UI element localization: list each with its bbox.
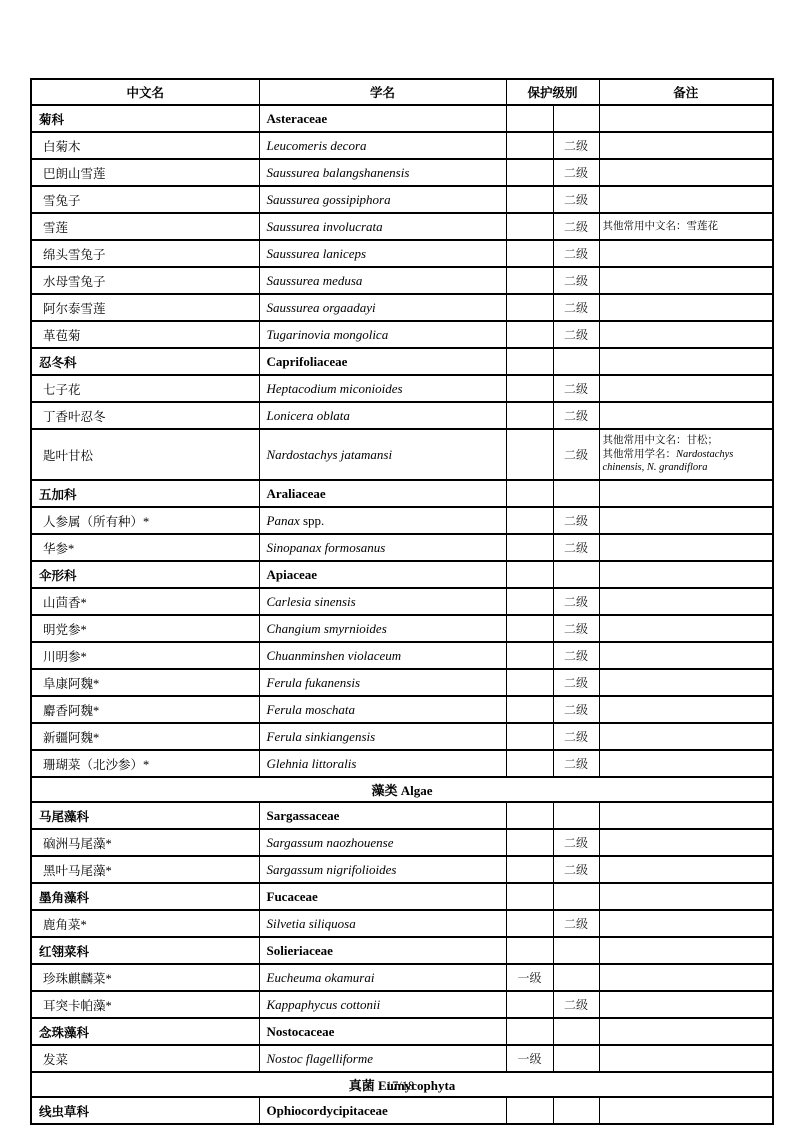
scientific-text: Heptacodium miconioides: [267, 381, 403, 396]
remark-line: 其他常用学名：Nardostachys chinensis, N. grandi…: [603, 448, 770, 475]
protection-level-class1-cell: [506, 348, 553, 375]
remark-cell: [599, 534, 773, 561]
scientific-name-cell: Araliaceae: [259, 480, 506, 507]
scientific-text: Tugarinovia mongolica: [267, 327, 389, 342]
protection-level-class2-cell: 二级: [553, 669, 599, 696]
protection-level-class1-cell: [506, 723, 553, 750]
protection-level-class2-cell: 二级: [553, 507, 599, 534]
protection-level-class1-cell: [506, 883, 553, 910]
species-row: 革苞菊Tugarinovia mongolica二级: [31, 321, 773, 348]
protection-level-class1-cell: [506, 615, 553, 642]
chinese-name-cell: 菊科: [31, 105, 259, 132]
species-row: 华参*Sinopanax formosanus二级: [31, 534, 773, 561]
chinese-name-cell: 珊瑚菜（北沙参）*: [31, 750, 259, 777]
scientific-name-cell: Glehnia littoralis: [259, 750, 506, 777]
plain-text: Sargassaceae: [267, 808, 340, 823]
scientific-text: Carlesia sinensis: [267, 594, 356, 609]
chinese-name-cell: 七子花: [31, 375, 259, 402]
chinese-name-cell: 川明参*: [31, 642, 259, 669]
chinese-name-cell: 丁香叶忍冬: [31, 402, 259, 429]
protection-level-class1-cell: [506, 159, 553, 186]
protection-level-class2-cell: 二级: [553, 213, 599, 240]
protection-level-class2-cell: 二级: [553, 375, 599, 402]
species-row: 硇洲马尾藻*Sargassum naozhouense二级: [31, 829, 773, 856]
protection-level-class2-cell: 二级: [553, 750, 599, 777]
chinese-name-cell: 耳突卡帕藻*: [31, 991, 259, 1018]
protection-level-class1-cell: [506, 429, 553, 480]
species-row: 丁香叶忍冬Lonicera oblata二级: [31, 402, 773, 429]
section-row: 藻类 Algae: [31, 777, 773, 802]
scientific-text: Sargassum nigrifolioides: [267, 862, 397, 877]
species-row: 耳突卡帕藻*Kappaphycus cottonii二级: [31, 991, 773, 1018]
chinese-name-cell: 念珠藻科: [31, 1018, 259, 1045]
protection-level-class2-cell: 二级: [553, 132, 599, 159]
chinese-name-cell: 马尾藻科: [31, 802, 259, 829]
remark-cell: [599, 669, 773, 696]
scientific-name-cell: Ophiocordycipitaceae: [259, 1097, 506, 1124]
protection-level-class1-cell: [506, 132, 553, 159]
remark-cell: [599, 615, 773, 642]
remark-cell: [599, 829, 773, 856]
protection-level-class2-cell: 二级: [553, 429, 599, 480]
plain-text: Apiaceae: [267, 567, 318, 582]
protection-level-class1-cell: [506, 829, 553, 856]
chinese-name-cell: 伞形科: [31, 561, 259, 588]
remark-cell: [599, 159, 773, 186]
family-row: 忍冬科Caprifoliaceae: [31, 348, 773, 375]
chinese-name-cell: 华参*: [31, 534, 259, 561]
family-row: 线虫草科Ophiocordycipitaceae: [31, 1097, 773, 1124]
protection-level-class1-cell: [506, 750, 553, 777]
chinese-name-cell: 雪兔子: [31, 186, 259, 213]
scientific-text: Ferula sinkiangensis: [267, 729, 376, 744]
remark-cell: [599, 561, 773, 588]
scientific-name-cell: Sargassum naozhouense: [259, 829, 506, 856]
species-row: 阜康阿魏*Ferula fukanensis二级: [31, 669, 773, 696]
family-row: 念珠藻科Nostocaceae: [31, 1018, 773, 1045]
protection-level-class1-cell: [506, 991, 553, 1018]
chinese-name-cell: 阜康阿魏*: [31, 669, 259, 696]
scientific-text: Sinopanax formosanus: [267, 540, 386, 555]
scientific-name-cell: Asteraceae: [259, 105, 506, 132]
protection-level-class2-cell: 二级: [553, 267, 599, 294]
plain-text: Solieriaceae: [267, 943, 333, 958]
remark-line: 其他常用中文名：甘松；: [603, 434, 770, 448]
scientific-name-cell: Solieriaceae: [259, 937, 506, 964]
plain-text: 其他常用中文名：甘松；: [603, 435, 719, 446]
protected-species-table: 中文名 学名 保护级别 备注 菊科Asteraceae白菊木Leucomeris…: [30, 78, 774, 1125]
scientific-name-cell: Saussurea balangshanensis: [259, 159, 506, 186]
scientific-name-cell: Tugarinovia mongolica: [259, 321, 506, 348]
species-row: 珊瑚菜（北沙参）*Glehnia littoralis二级: [31, 750, 773, 777]
remark-cell: [599, 1018, 773, 1045]
remark-cell: [599, 240, 773, 267]
chinese-name-cell: 匙叶甘松: [31, 429, 259, 480]
chinese-name-cell: 红翎菜科: [31, 937, 259, 964]
scientific-text: Silvetia siliquosa: [267, 916, 356, 931]
species-row: 黑叶马尾藻*Sargassum nigrifolioides二级: [31, 856, 773, 883]
scientific-name-cell: Panax spp.: [259, 507, 506, 534]
chinese-name-cell: 明党参*: [31, 615, 259, 642]
protection-level-class1-cell: [506, 267, 553, 294]
chinese-name-cell: 人参属（所有种）*: [31, 507, 259, 534]
chinese-name-cell: 白菊木: [31, 132, 259, 159]
plain-text: 其他常用学名：: [603, 449, 677, 460]
protection-level-class1-cell: [506, 937, 553, 964]
family-row: 墨角藻科Fucaceae: [31, 883, 773, 910]
chinese-name-cell: 巴朗山雪莲: [31, 159, 259, 186]
scientific-text: Changium smyrnioides: [267, 621, 387, 636]
species-row: 雪莲Saussurea involucrata二级其他常用中文名：雪莲花: [31, 213, 773, 240]
remark-cell: [599, 588, 773, 615]
scientific-name-cell: Nardostachys jatamansi: [259, 429, 506, 480]
protection-level-class2-cell: 二级: [553, 240, 599, 267]
chinese-name-cell: 新疆阿魏*: [31, 723, 259, 750]
col-header-remarks: 备注: [599, 79, 773, 105]
scientific-name-cell: Sargassum nigrifolioides: [259, 856, 506, 883]
species-row: 阿尔泰雪莲Saussurea orgaadayi二级: [31, 294, 773, 321]
plain-text: Nostocaceae: [267, 1024, 335, 1039]
protection-level-class2-cell: [553, 1045, 599, 1072]
scientific-text: Chuanminshen violaceum: [267, 648, 402, 663]
scientific-name-cell: Saussurea medusa: [259, 267, 506, 294]
scientific-name-cell: Sinopanax formosanus: [259, 534, 506, 561]
scientific-text: Saussurea involucrata: [267, 219, 383, 234]
species-row: 明党参*Changium smyrnioides二级: [31, 615, 773, 642]
protection-level-class2-cell: 二级: [553, 294, 599, 321]
protection-level-class1-cell: [506, 402, 553, 429]
scientific-name-cell: Silvetia siliquosa: [259, 910, 506, 937]
scientific-name-cell: Saussurea involucrata: [259, 213, 506, 240]
protection-level-class2-cell: [553, 1018, 599, 1045]
scientific-text: Lonicera oblata: [267, 408, 350, 423]
species-row: 人参属（所有种）*Panax spp.二级: [31, 507, 773, 534]
protection-level-class1-cell: [506, 802, 553, 829]
remark-cell: [599, 883, 773, 910]
scientific-text: Panax: [267, 513, 300, 528]
document-page: 中文名 学名 保护级别 备注 菊科Asteraceae白菊木Leucomeris…: [0, 0, 800, 1131]
species-row: 山茴香*Carlesia sinensis二级: [31, 588, 773, 615]
scientific-text: Leucomeris decora: [267, 138, 367, 153]
chinese-name-cell: 发菜: [31, 1045, 259, 1072]
chinese-name-cell: 墨角藻科: [31, 883, 259, 910]
chinese-name-cell: 革苞菊: [31, 321, 259, 348]
scientific-text: Nardostachys jatamansi: [267, 447, 393, 462]
remark-cell: [599, 696, 773, 723]
table-header-row: 中文名 学名 保护级别 备注: [31, 79, 773, 105]
protection-level-class2-cell: [553, 480, 599, 507]
protection-level-class2-cell: 二级: [553, 588, 599, 615]
scientific-name-cell: Caprifoliaceae: [259, 348, 506, 375]
family-row: 马尾藻科Sargassaceae: [31, 802, 773, 829]
protection-level-class2-cell: 二级: [553, 829, 599, 856]
species-row: 绵头雪兔子Saussurea laniceps二级: [31, 240, 773, 267]
plain-text: Asteraceae: [267, 111, 328, 126]
remark-cell: [599, 402, 773, 429]
species-row: 匙叶甘松Nardostachys jatamansi二级其他常用中文名：甘松；其…: [31, 429, 773, 480]
protection-level-class1-cell: [506, 294, 553, 321]
protection-level-class1-cell: 一级: [506, 964, 553, 991]
species-row: 麝香阿魏*Ferula moschata二级: [31, 696, 773, 723]
protection-level-class1-cell: [506, 507, 553, 534]
protection-level-class2-cell: 二级: [553, 402, 599, 429]
species-row: 雪兔子Saussurea gossipiphora二级: [31, 186, 773, 213]
scientific-name-cell: Saussurea laniceps: [259, 240, 506, 267]
chinese-name-cell: 鹿角菜*: [31, 910, 259, 937]
protection-level-class2-cell: [553, 964, 599, 991]
scientific-name-cell: Leucomeris decora: [259, 132, 506, 159]
species-row: 发菜Nostoc flagelliforme一级: [31, 1045, 773, 1072]
scientific-name-cell: Ferula fukanensis: [259, 669, 506, 696]
protection-level-class2-cell: [553, 348, 599, 375]
scientific-text: Eucheuma okamurai: [267, 970, 375, 985]
protection-level-class1-cell: [506, 1097, 553, 1124]
remark-cell: [599, 105, 773, 132]
protection-level-class1-cell: [506, 240, 553, 267]
protection-level-class1-cell: [506, 856, 553, 883]
protection-level-class2-cell: [553, 105, 599, 132]
scientific-text: Kappaphycus cottonii: [267, 997, 381, 1012]
remark-cell: [599, 132, 773, 159]
plain-text: Araliaceae: [267, 486, 326, 501]
protection-level-class2-cell: [553, 802, 599, 829]
scientific-name-cell: Eucheuma okamurai: [259, 964, 506, 991]
family-row: 伞形科Apiaceae: [31, 561, 773, 588]
scientific-name-cell: Saussurea gossipiphora: [259, 186, 506, 213]
protection-level-class1-cell: [506, 588, 553, 615]
protection-level-class1-cell: [506, 480, 553, 507]
protection-level-class2-cell: [553, 883, 599, 910]
chinese-name-cell: 线虫草科: [31, 1097, 259, 1124]
species-row: 白菊木Leucomeris decora二级: [31, 132, 773, 159]
remark-cell: [599, 294, 773, 321]
scientific-name-cell: Ferula sinkiangensis: [259, 723, 506, 750]
protection-level-class2-cell: 二级: [553, 642, 599, 669]
scientific-text: Saussurea laniceps: [267, 246, 367, 261]
protection-level-class1-cell: [506, 321, 553, 348]
scientific-text: Sargassum naozhouense: [267, 835, 394, 850]
protection-level-class2-cell: [553, 937, 599, 964]
chinese-name-cell: 黑叶马尾藻*: [31, 856, 259, 883]
protection-level-class2-cell: 二级: [553, 910, 599, 937]
remark-cell: [599, 750, 773, 777]
scientific-name-cell: Apiaceae: [259, 561, 506, 588]
remark-cell: [599, 856, 773, 883]
col-header-protection-level: 保护级别: [506, 79, 599, 105]
protection-level-class2-cell: [553, 1097, 599, 1124]
family-row: 菊科Asteraceae: [31, 105, 773, 132]
protection-level-class2-cell: 二级: [553, 159, 599, 186]
scientific-name-cell: Ferula moschata: [259, 696, 506, 723]
species-row: 新疆阿魏*Ferula sinkiangensis二级: [31, 723, 773, 750]
protection-level-class1-cell: [506, 534, 553, 561]
chinese-name-cell: 水母雪兔子: [31, 267, 259, 294]
protection-level-class1-cell: [506, 105, 553, 132]
remark-cell: [599, 507, 773, 534]
protection-level-class1-cell: [506, 561, 553, 588]
scientific-name-cell: Changium smyrnioides: [259, 615, 506, 642]
protection-level-class2-cell: 二级: [553, 991, 599, 1018]
chinese-name-cell: 麝香阿魏*: [31, 696, 259, 723]
scientific-text: Glehnia littoralis: [267, 756, 357, 771]
scientific-name-cell: Kappaphycus cottonii: [259, 991, 506, 1018]
species-row: 鹿角菜*Silvetia siliquosa二级: [31, 910, 773, 937]
scientific-text: Nostoc flagelliforme: [267, 1051, 374, 1066]
remark-cell: [599, 1097, 773, 1124]
plain-text: Ophiocordycipitaceae: [267, 1103, 388, 1118]
species-row: 川明参*Chuanminshen violaceum二级: [31, 642, 773, 669]
protection-level-class1-cell: [506, 910, 553, 937]
protection-level-class1-cell: [506, 375, 553, 402]
chinese-name-cell: 雪莲: [31, 213, 259, 240]
remark-cell: [599, 910, 773, 937]
plain-text: Fucaceae: [267, 889, 318, 904]
protection-level-class2-cell: 二级: [553, 615, 599, 642]
protection-level-class1-cell: 一级: [506, 1045, 553, 1072]
remark-cell: [599, 375, 773, 402]
scientific-text: Saussurea medusa: [267, 273, 363, 288]
remark-cell: [599, 186, 773, 213]
scientific-text: Ferula moschata: [267, 702, 355, 717]
plain-text: Caprifoliaceae: [267, 354, 348, 369]
chinese-name-cell: 忍冬科: [31, 348, 259, 375]
species-row: 珍珠麒麟菜*Eucheuma okamurai一级: [31, 964, 773, 991]
plain-text: 其他常用中文名：雪莲花: [603, 221, 719, 232]
chinese-name-cell: 山茴香*: [31, 588, 259, 615]
remark-cell: [599, 480, 773, 507]
scientific-name-cell: Nostocaceae: [259, 1018, 506, 1045]
protection-level-class1-cell: [506, 642, 553, 669]
scientific-text: Saussurea gossipiphora: [267, 192, 391, 207]
scientific-name-cell: Chuanminshen violaceum: [259, 642, 506, 669]
scientific-text: Saussurea balangshanensis: [267, 165, 410, 180]
col-header-scientific-name: 学名: [259, 79, 506, 105]
scientific-name-cell: Carlesia sinensis: [259, 588, 506, 615]
remark-cell: [599, 723, 773, 750]
section-label: 藻类 Algae: [31, 777, 773, 802]
remark-cell: [599, 642, 773, 669]
family-row: 红翎菜科Solieriaceae: [31, 937, 773, 964]
protection-level-class2-cell: 二级: [553, 321, 599, 348]
species-row: 七子花Heptacodium miconioides二级: [31, 375, 773, 402]
remark-cell: [599, 802, 773, 829]
remark-cell: [599, 937, 773, 964]
table-body: 菊科Asteraceae白菊木Leucomeris decora二级巴朗山雪莲S…: [31, 105, 773, 1124]
chinese-name-cell: 绵头雪兔子: [31, 240, 259, 267]
chinese-name-cell: 五加科: [31, 480, 259, 507]
protection-level-class2-cell: [553, 561, 599, 588]
protection-level-class2-cell: 二级: [553, 186, 599, 213]
page-number: 17/18: [0, 1079, 800, 1094]
remark-cell: [599, 964, 773, 991]
protection-level-class1-cell: [506, 1018, 553, 1045]
protection-level-class1-cell: [506, 696, 553, 723]
col-header-chinese-name: 中文名: [31, 79, 259, 105]
scientific-name-cell: Saussurea orgaadayi: [259, 294, 506, 321]
remark-cell: [599, 991, 773, 1018]
chinese-name-cell: 珍珠麒麟菜*: [31, 964, 259, 991]
chinese-name-cell: 阿尔泰雪莲: [31, 294, 259, 321]
chinese-name-cell: 硇洲马尾藻*: [31, 829, 259, 856]
plain-text: spp.: [300, 513, 325, 528]
scientific-name-cell: Fucaceae: [259, 883, 506, 910]
protection-level-class1-cell: [506, 669, 553, 696]
protection-level-class2-cell: 二级: [553, 723, 599, 750]
remark-cell: [599, 267, 773, 294]
remark-cell: [599, 1045, 773, 1072]
remark-cell: [599, 348, 773, 375]
scientific-name-cell: Nostoc flagelliforme: [259, 1045, 506, 1072]
protection-level-class2-cell: 二级: [553, 696, 599, 723]
protection-level-class2-cell: 二级: [553, 534, 599, 561]
protection-level-class1-cell: [506, 213, 553, 240]
protection-level-class1-cell: [506, 186, 553, 213]
species-row: 巴朗山雪莲Saussurea balangshanensis二级: [31, 159, 773, 186]
species-row: 水母雪兔子Saussurea medusa二级: [31, 267, 773, 294]
remark-cell: 其他常用中文名：甘松；其他常用学名：Nardostachys chinensis…: [599, 429, 773, 480]
scientific-text: Saussurea orgaadayi: [267, 300, 376, 315]
remark-cell: 其他常用中文名：雪莲花: [599, 213, 773, 240]
scientific-text: Ferula fukanensis: [267, 675, 361, 690]
family-row: 五加科Araliaceae: [31, 480, 773, 507]
scientific-name-cell: Heptacodium miconioides: [259, 375, 506, 402]
scientific-name-cell: Sargassaceae: [259, 802, 506, 829]
remark-line: 其他常用中文名：雪莲花: [603, 220, 770, 234]
protection-level-class2-cell: 二级: [553, 856, 599, 883]
remark-cell: [599, 321, 773, 348]
scientific-name-cell: Lonicera oblata: [259, 402, 506, 429]
